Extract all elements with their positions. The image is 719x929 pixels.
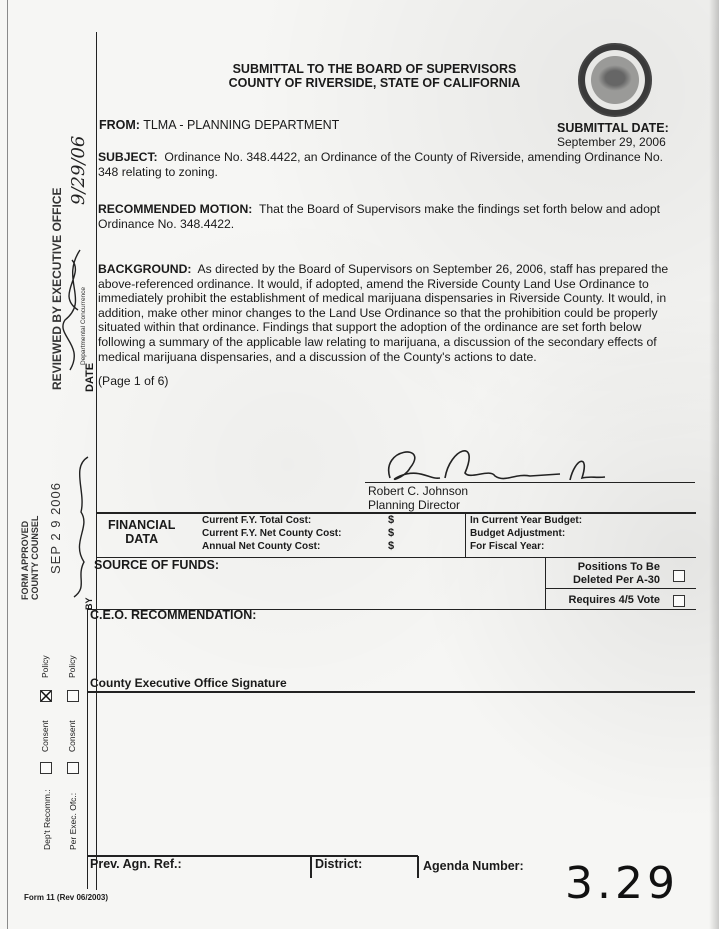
financial-right-labels: In Current Year Budget: Budget Adjustmen…: [470, 514, 582, 553]
left-form-border: [96, 32, 97, 890]
dept-policy-checkbox[interactable]: [40, 690, 52, 702]
ceo-recommendation-label: C.E.O. RECOMMENDATION:: [90, 608, 256, 622]
positions-row-divider: [545, 588, 696, 589]
from-label: FROM:: [99, 118, 140, 132]
dept-recomm-label: Dep't Recomm.:: [42, 789, 52, 850]
director-signature-icon: [370, 438, 610, 488]
checkmark-x-icon: [41, 691, 51, 701]
budget-adjustment-label: Budget Adjustment:: [470, 527, 582, 540]
positions-divider: [545, 557, 546, 609]
ceo-left-border: [87, 609, 88, 889]
form-approved-line-2: COUNTY COUNSEL: [30, 516, 40, 600]
background-line: following a summary of the applicable la…: [98, 335, 698, 350]
requires-vote-checkbox[interactable]: [673, 595, 685, 607]
background-line: above-referenced ordinance. It would, if…: [98, 277, 698, 292]
subject-block: SUBJECT: Ordinance No. 348.4422, an Ordi…: [98, 150, 698, 179]
background-line: immediately prohibit the establishment o…: [98, 291, 698, 306]
signatory-title: Planning Director: [368, 498, 468, 512]
exec-consent-label: Consent: [67, 720, 77, 752]
signature-line: [365, 482, 695, 483]
in-current-year-budget-label: In Current Year Budget:: [470, 514, 582, 527]
district-label[interactable]: District:: [315, 857, 362, 871]
exec-consent-checkbox[interactable]: [67, 762, 79, 774]
current-fy-net-county-cost-label: Current F.Y. Net County Cost:: [202, 527, 341, 540]
financial-heading: FINANCIAL DATA: [108, 518, 175, 546]
financial-top-border: [96, 512, 696, 514]
for-fiscal-year-label: For Fiscal Year:: [470, 540, 582, 553]
recommended-motion-line-1: That the Board of Supervisors make the f…: [259, 202, 660, 216]
positions-deleted-checkbox[interactable]: [673, 570, 685, 582]
financial-currency: $ $ $: [388, 514, 394, 553]
source-of-funds-label: SOURCE OF FUNDS:: [94, 558, 219, 572]
positions-label: Positions To Be Deleted Per A-30: [548, 561, 660, 587]
dept-policy-label: Policy: [40, 655, 50, 678]
background-label: BACKGROUND:: [98, 262, 191, 276]
signatory-name: Robert C. Johnson: [368, 484, 468, 498]
financial-labels: Current F.Y. Total Cost: Current F.Y. Ne…: [202, 514, 341, 553]
financial-heading-line-2: DATA: [108, 532, 175, 546]
background-line: addition, make other minor changes to th…: [98, 306, 698, 321]
page-note: (Page 1 of 6): [98, 374, 698, 389]
background-line: situated within that ordinance. Findings…: [98, 320, 698, 335]
per-exec-office-label: Per Exec. Ofc.:: [68, 793, 78, 850]
subject-line-2: 348 relating to zoning.: [98, 165, 698, 180]
positions-label-line-1: Positions To Be: [548, 561, 660, 574]
annual-net-county-cost-value[interactable]: $: [388, 540, 394, 553]
positions-label-line-2: Deleted Per A-30: [548, 574, 660, 587]
recommended-motion-line-2: Ordinance No. 348.4422.: [98, 217, 698, 232]
background-line: medical marijuana dispensaries, and a di…: [98, 350, 698, 365]
signatory-block: Robert C. Johnson Planning Director: [368, 484, 468, 512]
financial-heading-line-1: FINANCIAL: [108, 518, 175, 532]
current-fy-total-cost-label: Current F.Y. Total Cost:: [202, 514, 341, 527]
recommended-motion-block: RECOMMENDED MOTION: That the Board of Su…: [98, 202, 698, 231]
dept-consent-checkbox[interactable]: [40, 762, 52, 774]
exec-policy-label: Policy: [67, 655, 77, 678]
counsel-date-stamp: SEP 2 9 2006: [48, 482, 63, 574]
scan-edge-shadow: [709, 0, 719, 929]
background-block: BACKGROUND: As directed by the Board of …: [98, 262, 698, 389]
from-line: FROM: TLMA - PLANNING DEPARTMENT: [99, 118, 339, 133]
ceo-signature-label: County Executive Office Signature: [90, 676, 287, 690]
subject-label: SUBJECT:: [98, 150, 158, 164]
left-margin-line: [7, 0, 8, 929]
form-approved-line-1: FORM APPROVED: [20, 516, 30, 600]
current-fy-net-county-cost-value[interactable]: $: [388, 527, 394, 540]
district-divider: [310, 856, 312, 878]
ceo-signature-line: [88, 691, 695, 693]
submittal-date-value: September 29, 2006: [557, 135, 666, 149]
recommended-motion-label: RECOMMENDED MOTION:: [98, 202, 252, 216]
exec-policy-checkbox[interactable]: [67, 690, 79, 702]
agenda-number-value: 3.29: [565, 858, 679, 909]
background-line: As directed by the Board of Supervisors …: [198, 262, 669, 276]
prev-agenda-ref-label[interactable]: Prev. Agn. Ref.:: [90, 857, 182, 871]
departmental-concurrence-stamp: Departmental Concurrence: [80, 287, 87, 365]
from-value: TLMA - PLANNING DEPARTMENT: [143, 118, 339, 132]
date-stamp-label: DATE: [84, 363, 96, 392]
form-approved-stamp: FORM APPROVED COUNTY COUNSEL: [20, 516, 40, 600]
reviewed-date-handwritten: 9/29/06: [68, 136, 89, 205]
financial-divider: [465, 513, 466, 557]
current-fy-total-cost-value[interactable]: $: [388, 514, 394, 527]
agenda-divider: [417, 856, 419, 878]
counsel-signature-icon: [66, 452, 96, 602]
county-seal-icon: [578, 43, 652, 117]
annual-net-county-cost-label: Annual Net County Cost:: [202, 540, 341, 553]
form-id: Form 11 (Rev 06/2003): [24, 893, 108, 902]
dept-consent-label: Consent: [40, 720, 50, 752]
subject-line-1: Ordinance No. 348.4422, an Ordinance of …: [164, 150, 663, 164]
by-label: BY: [84, 597, 94, 610]
agenda-number-label: Agenda Number:: [423, 859, 524, 873]
submittal-date-label: SUBMITTAL DATE:: [557, 121, 669, 135]
executive-initials-icon: [50, 240, 95, 380]
requires-vote-label: Requires 4/5 Vote: [548, 594, 660, 606]
